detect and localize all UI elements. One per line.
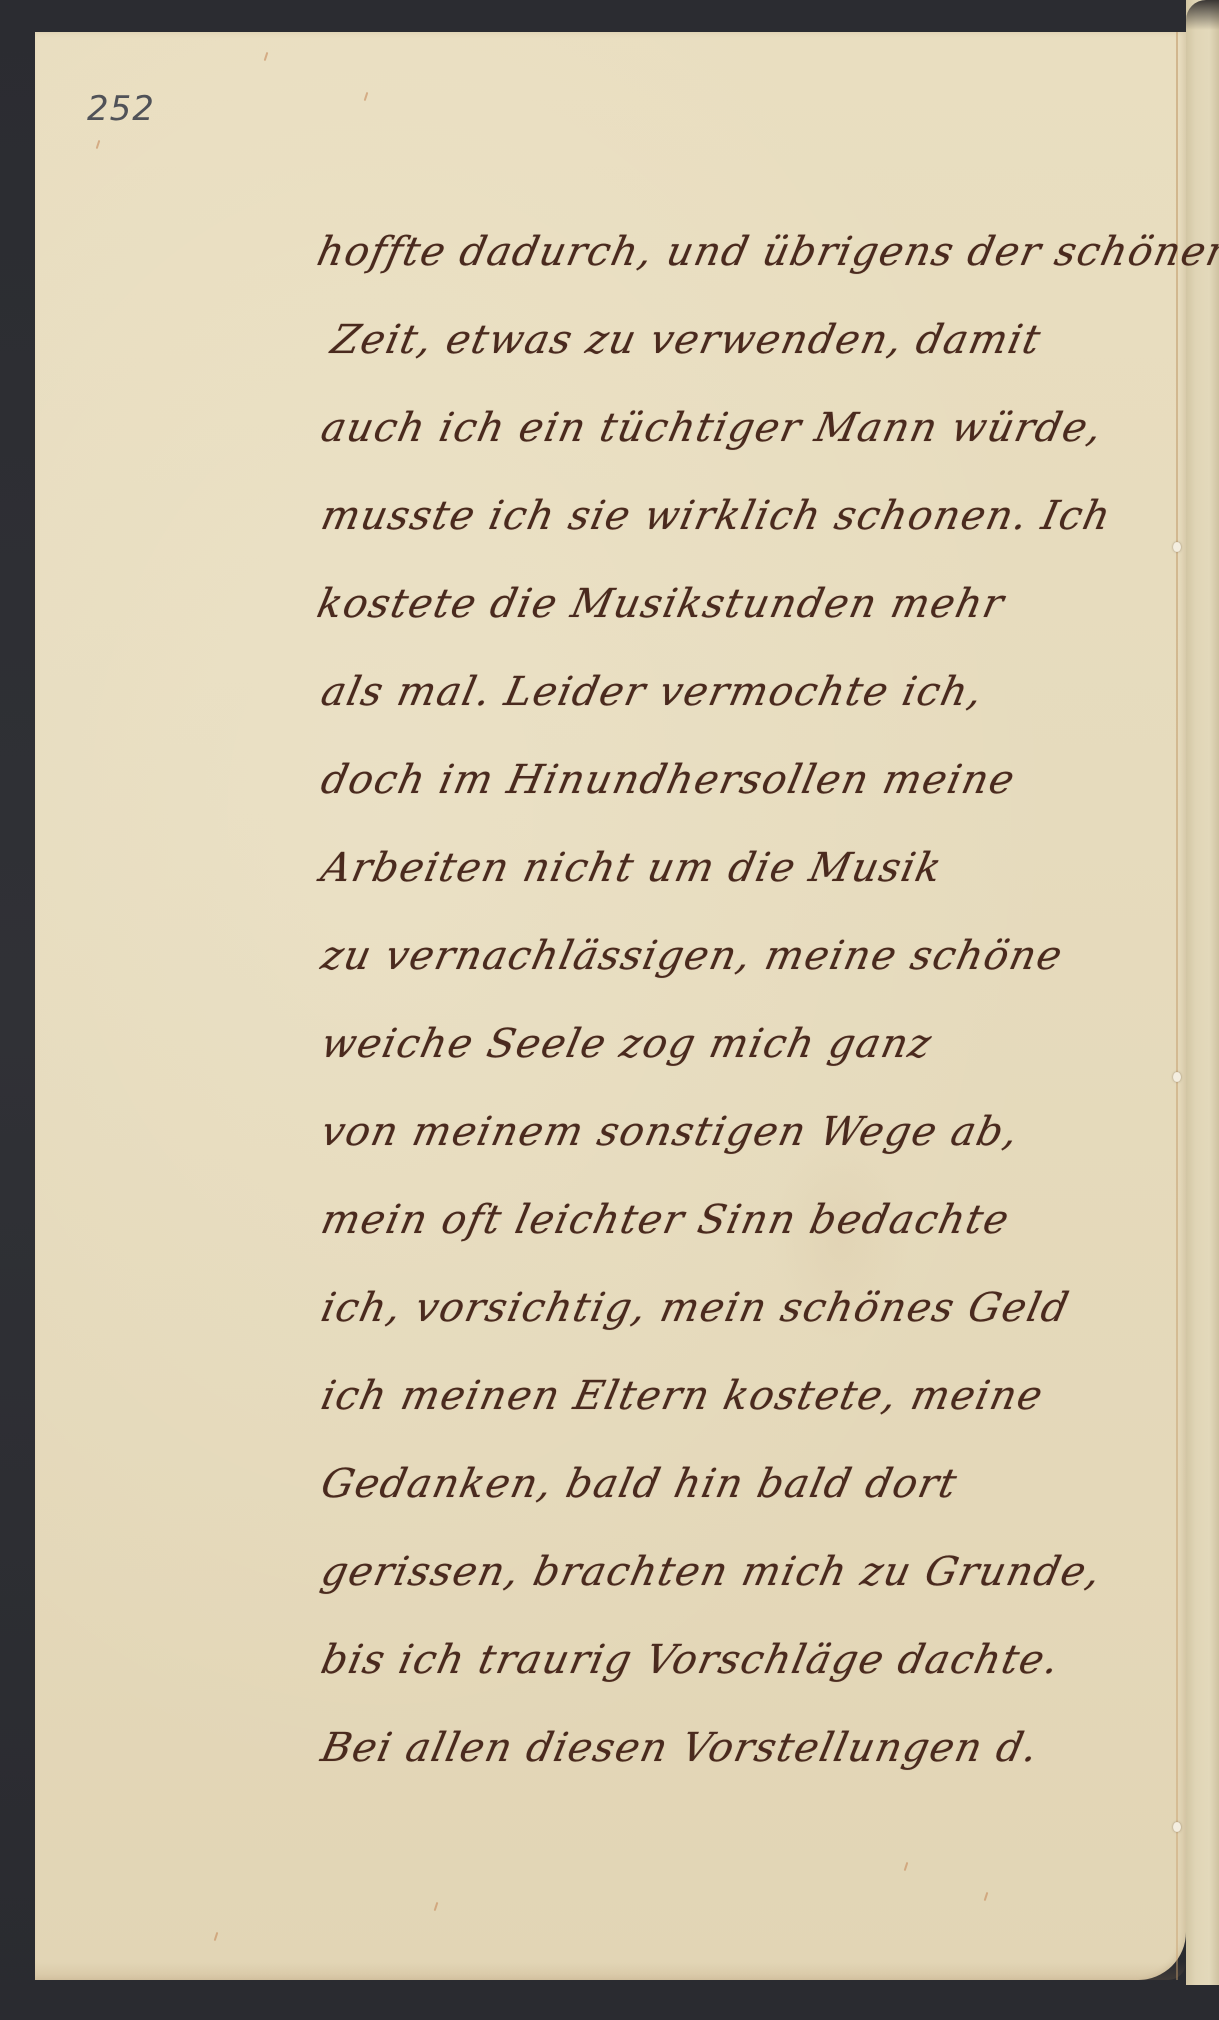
binding-stitch-hole xyxy=(1173,542,1181,552)
text-line: von meinem sonstigen Wege ab, xyxy=(309,1088,1148,1176)
text-line: als mal. Leider vermochte ich, xyxy=(309,648,1148,736)
paper-fiber-speck xyxy=(214,1932,219,1941)
paper-fiber-speck xyxy=(904,1862,909,1871)
binding-stitch-hole xyxy=(1173,1822,1181,1832)
paper-fiber-speck xyxy=(434,1902,439,1911)
text-line: Bei allen diesen Vorstellungen d. xyxy=(309,1704,1148,1792)
paper-fiber-speck xyxy=(96,140,101,149)
text-line: doch im Hinundhersollen meine xyxy=(309,736,1148,824)
text-line: kostete die Musikstunden mehr xyxy=(309,560,1148,648)
text-line: hoffte dadurch, und übrigens der schönen xyxy=(309,208,1148,296)
binding-gutter-line xyxy=(1176,32,1178,1980)
text-line: ich, vorsichtig, mein schönes Geld xyxy=(309,1264,1148,1352)
paper-fiber-speck xyxy=(264,52,269,61)
text-line: zu vernachlässigen, meine schöne xyxy=(309,912,1148,1000)
text-line: Zeit, etwas zu verwenden, damit xyxy=(309,296,1148,384)
text-line: ich meinen Eltern kostete, meine xyxy=(309,1352,1148,1440)
text-line: Gedanken, bald hin bald dort xyxy=(309,1440,1148,1528)
manuscript-text: hoffte dadurch, und übrigens der schönen… xyxy=(318,208,1138,1792)
text-line: gerissen, brachten mich zu Grunde, xyxy=(309,1528,1148,1616)
text-line: weiche Seele zog mich ganz xyxy=(309,1000,1148,1088)
text-line: bis ich traurig Vorschläge dachte. xyxy=(309,1616,1148,1704)
paper-fiber-speck xyxy=(364,92,369,101)
folio-number: 252 xyxy=(87,89,155,129)
paper-fiber-speck xyxy=(984,1892,989,1901)
text-line: mein oft leichter Sinn bedachte xyxy=(309,1176,1148,1264)
text-line: auch ich ein tüchtiger Mann würde, xyxy=(309,384,1148,472)
text-line: Arbeiten nicht um die Musik xyxy=(309,824,1148,912)
text-line: musste ich sie wirklich schonen. Ich xyxy=(309,472,1148,560)
binding-stitch-hole xyxy=(1173,1072,1181,1082)
facing-page-edge xyxy=(1186,0,1219,1985)
